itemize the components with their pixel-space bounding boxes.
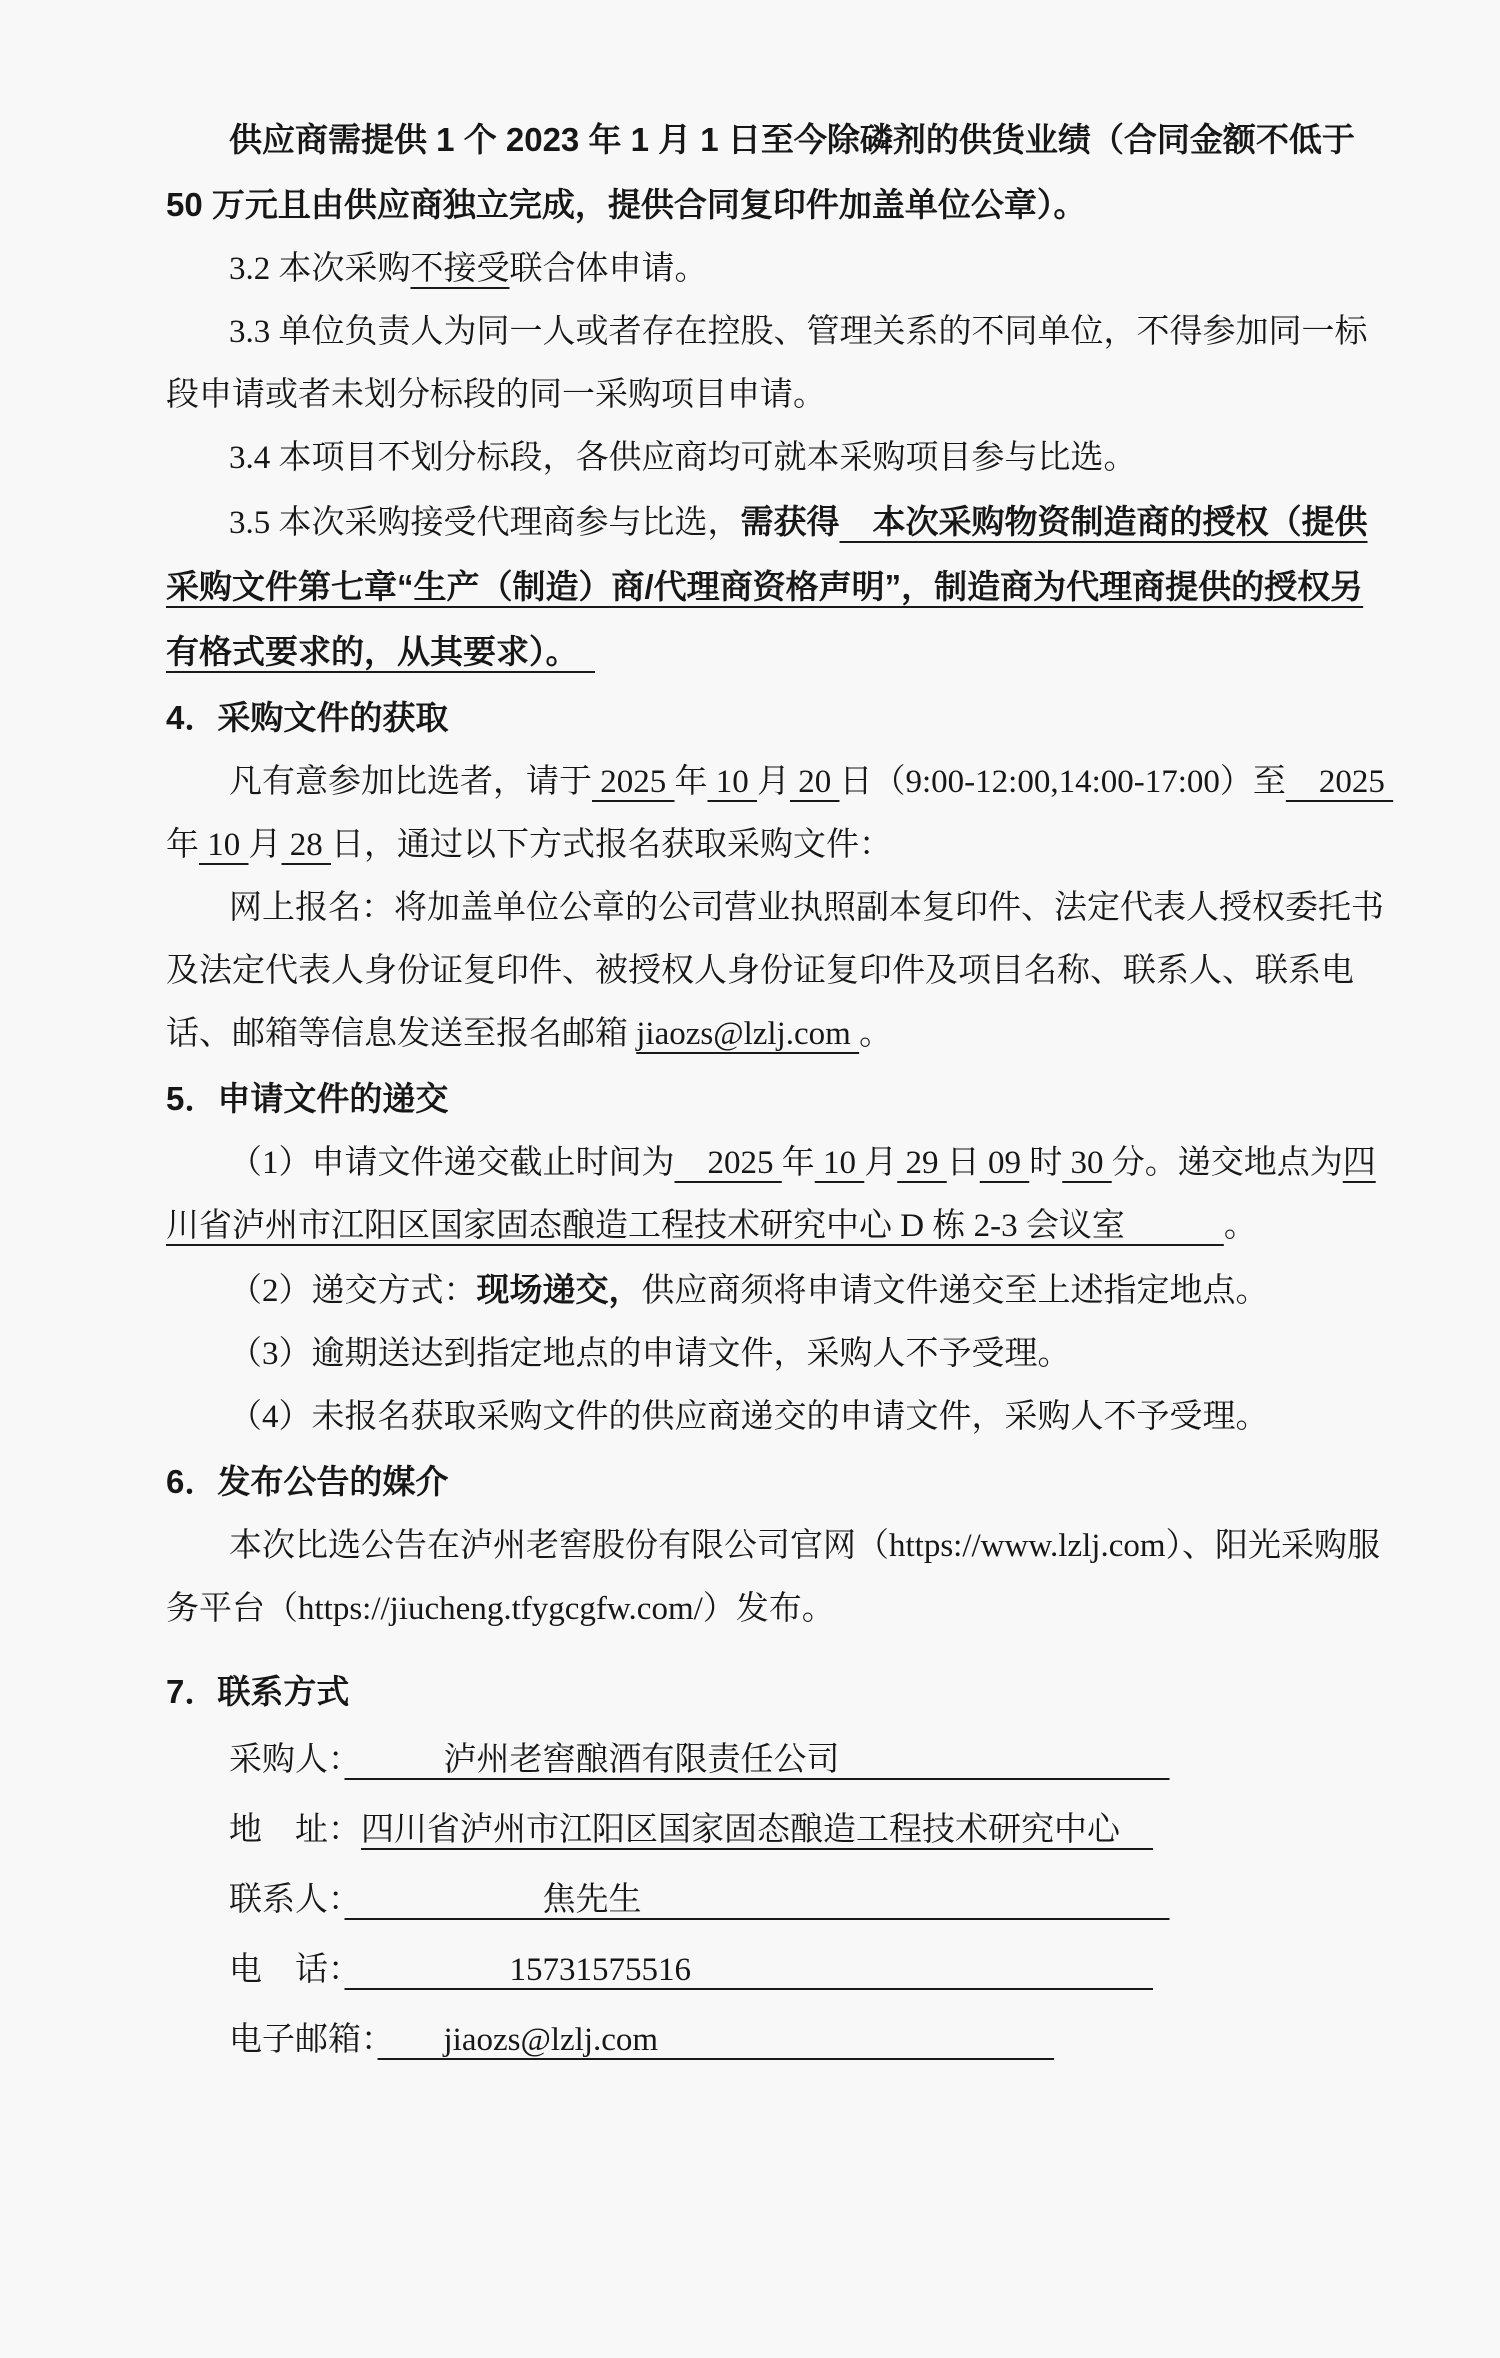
text-run: 。 bbox=[859, 1016, 892, 1052]
text-run: 3.4 本项目不划分标段，各供应商均可就本采购项目参与比选。 bbox=[229, 440, 1137, 476]
para-registration-time: 凡有意参加比选者，请于 2025 年 10 月 20 日（9:00-12:00,… bbox=[166, 751, 1396, 877]
text-run: 凡有意参加比选者，请于 bbox=[229, 764, 592, 800]
text-run: 供应商须将申请文件递交至上述指定地点。 bbox=[642, 1273, 1269, 1309]
text-run: 6．发布公告的媒介 bbox=[166, 1463, 448, 1500]
purchaser-name: 泸州老窖酿酒有限责任公司 bbox=[345, 1742, 1170, 1778]
heading-4: 4．采购文件的获取 bbox=[166, 685, 1396, 751]
para-announcement-media: 本次比选公告在泸州老窖股份有限公司官网（https://www.lzlj.com… bbox=[166, 1515, 1396, 1641]
text-run: 采购人： bbox=[229, 1742, 345, 1778]
contact-address: 地 址：四川省泸州市江阳区国家固态酿造工程技术研究中心 bbox=[166, 1795, 1396, 1865]
text-run: 2025 bbox=[592, 764, 675, 800]
phone-number: 15731575516 bbox=[345, 1952, 1154, 1988]
heading-6: 6．发布公告的媒介 bbox=[166, 1449, 1396, 1515]
text-run: 3.5 本次采购接受代理商参与比选， bbox=[229, 505, 741, 541]
text-run: 月 bbox=[864, 1145, 897, 1181]
text-run: 地 址： bbox=[229, 1812, 361, 1848]
contact-phone: 电 话： 15731575516 bbox=[166, 1935, 1396, 2005]
text-run: 需获得 bbox=[741, 503, 840, 540]
text-run: 现场递交， bbox=[477, 1271, 642, 1308]
text-run: 本次比选公告在泸州老窖股份有限公司官网（https://www.lzlj.com… bbox=[166, 1528, 1380, 1627]
text-run: 月 bbox=[249, 827, 282, 863]
text-run: 10 bbox=[708, 764, 758, 800]
text-run: 5．申请文件的递交 bbox=[166, 1080, 448, 1117]
para-submission-deadline: （1）申请文件递交截止时间为 2025 年 10 月 29 日 09 时 30 … bbox=[166, 1132, 1396, 1258]
text-run: 月 bbox=[757, 764, 790, 800]
heading-5: 5．申请文件的递交 bbox=[166, 1066, 1396, 1132]
text-run: 10 bbox=[199, 827, 249, 863]
text-run: 日（9:00-12:00,14:00-17:00）至 bbox=[840, 764, 1286, 800]
text-run: 分。递交地点为 bbox=[1112, 1145, 1343, 1181]
para-submission-method: （2）递交方式：现场递交，供应商须将申请文件递交至上述指定地点。 bbox=[166, 1258, 1396, 1323]
para-overdue: （3）逾期送达到指定地点的申请文件，采购人不予受理。 bbox=[166, 1323, 1396, 1386]
para-supplier-performance: 供应商需提供 1 个 2023 年 1 月 1 日至今除磷剂的供货业绩（合同金额… bbox=[166, 108, 1396, 238]
contact-person: 联系人： 焦先生 bbox=[166, 1865, 1396, 1935]
text-run: 年 bbox=[166, 827, 199, 863]
text-run: 联系人： bbox=[229, 1882, 345, 1918]
text-run: 29 bbox=[897, 1145, 947, 1181]
text-run: 10 bbox=[815, 1145, 865, 1181]
text-run: 。 bbox=[1224, 1208, 1257, 1244]
registration-email: jiaozs@lzlj.com bbox=[636, 1016, 859, 1052]
text-run: 3.3 单位负责人为同一人或者存在控股、管理关系的不同单位，不得参加同一标段申请… bbox=[166, 314, 1368, 413]
address-value: 四川省泸州市江阳区国家固态酿造工程技术研究中心 bbox=[361, 1812, 1153, 1848]
email-value: jiaozs@lzlj.com bbox=[378, 2022, 1055, 2058]
text-run: 电子邮箱： bbox=[229, 2022, 378, 2058]
contact-email: 电子邮箱： jiaozs@lzlj.com bbox=[166, 2005, 1396, 2075]
text-run: 30 bbox=[1062, 1145, 1112, 1181]
para-3-5: 3.5 本次采购接受代理商参与比选，需获得 本次采购物资制造商的授权（提供采购文… bbox=[166, 490, 1396, 685]
text-run: 电 话： bbox=[229, 1952, 345, 1988]
text-run: 20 bbox=[790, 764, 840, 800]
text-run: 日 bbox=[947, 1145, 980, 1181]
heading-7: 7．联系方式 bbox=[166, 1659, 1396, 1725]
text-run: 年 bbox=[675, 764, 708, 800]
text-run: 年 bbox=[782, 1145, 815, 1181]
text-run: 09 bbox=[980, 1145, 1030, 1181]
document-body: 供应商需提供 1 个 2023 年 1 月 1 日至今除磷剂的供货业绩（合同金额… bbox=[166, 108, 1396, 2075]
text-run: 日，通过以下方式报名获取采购文件： bbox=[331, 827, 892, 863]
text-run: 4．采购文件的获取 bbox=[166, 699, 448, 736]
document-page: 供应商需提供 1 个 2023 年 1 月 1 日至今除磷剂的供货业绩（合同金额… bbox=[0, 0, 1500, 2358]
para-3-3: 3.3 单位负责人为同一人或者存在控股、管理关系的不同单位，不得参加同一标段申请… bbox=[166, 301, 1396, 427]
text-run: 联合体申请。 bbox=[510, 251, 708, 287]
para-3-2: 3.2 本次采购不接受联合体申请。 bbox=[166, 238, 1396, 301]
text-run: 不接受 bbox=[411, 251, 510, 287]
text-run: 28 bbox=[282, 827, 332, 863]
text-run: 2025 bbox=[675, 1145, 782, 1181]
text-run: 2025 bbox=[1286, 764, 1393, 800]
text-run: （3）逾期送达到指定地点的申请文件，采购人不予受理。 bbox=[229, 1336, 1071, 1372]
text-run: 时 bbox=[1029, 1145, 1062, 1181]
contact-person-name: 焦先生 bbox=[345, 1882, 1170, 1918]
text-run: 7．联系方式 bbox=[166, 1673, 349, 1710]
text-run: 供应商需提供 1 个 2023 年 1 月 1 日至今除磷剂的供货业绩（合同金额… bbox=[166, 121, 1364, 223]
text-run: 3.2 本次采购 bbox=[229, 251, 411, 287]
para-online-registration: 网上报名：将加盖单位公章的公司营业执照副本复印件、法定代表人授权委托书及法定代表… bbox=[166, 877, 1396, 1066]
text-run: （1）申请文件递交截止时间为 bbox=[229, 1145, 675, 1181]
para-3-4: 3.4 本项目不划分标段，各供应商均可就本采购项目参与比选。 bbox=[166, 427, 1396, 490]
para-unregistered: （4）未报名获取采购文件的供应商递交的申请文件，采购人不予受理。 bbox=[166, 1386, 1396, 1449]
text-run: （2）递交方式： bbox=[229, 1273, 477, 1309]
text-run: （4）未报名获取采购文件的供应商递交的申请文件，采购人不予受理。 bbox=[229, 1399, 1269, 1435]
contact-purchaser: 采购人： 泸州老窖酿酒有限责任公司 bbox=[166, 1725, 1396, 1795]
